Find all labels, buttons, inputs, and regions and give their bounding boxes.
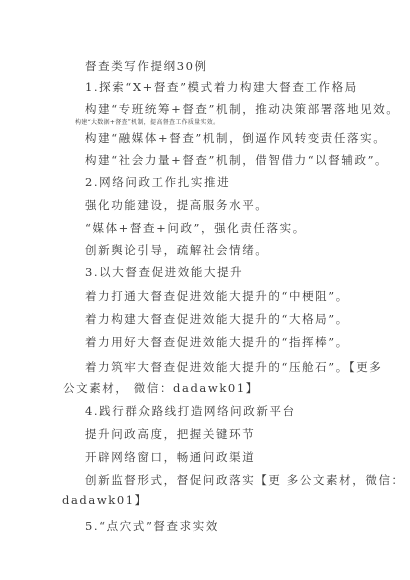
text-line: 1.探索“X+督查”模式着力构建大督查工作格局 [85, 80, 358, 94]
text-line: 提升问政高度，把握关键环节 [85, 427, 255, 441]
text-line: 督查类写作提纲30例 [85, 59, 208, 73]
text-line: 3.以大督查促进效能大提升 [85, 265, 243, 279]
text-line: 2.网络问政工作扎实推进 [85, 175, 230, 189]
text-line: “媒体+督查+问政”，强化责任落实。 [85, 221, 306, 235]
text-line: 构建“融媒体+督查”机制，倒逼作风转变责任落实。 [85, 131, 386, 145]
text-line: 着力筑牢大督查促进效能大提升的“压舱石”。【更多 [85, 360, 382, 374]
text-line: 公文素材， 微信：dadawk01】 [63, 381, 259, 395]
text-line: 着力用好大督查促进效能大提升的“指挥棒”。 [85, 335, 349, 349]
text-line: 5.“点穴式”督查求实效 [85, 519, 219, 533]
text-line: 4.践行群众路线打造网络问政新平台 [85, 404, 296, 418]
text-line: 着力打通大督查促进效能大提升的“中梗阻”。 [85, 289, 349, 303]
text-line: 构建“专班统筹+督查”机制，推动决策部署落地见效。 [85, 102, 399, 116]
text-line: dadawk01】 [62, 493, 148, 507]
text-line: 着力构建大督查促进效能大提升的“大格局”。 [85, 312, 349, 326]
text-line: 构建“社会力量+督查”机制，借智借力“以督辅政”。 [85, 153, 388, 167]
text-line: 强化功能建设，提高服务水平。 [85, 198, 268, 212]
text-line: 构建“大数据+督查”机制，提高督查工作质量实效。 [75, 119, 219, 127]
text-line: 创新舆论引导，疏解社会情绪。 [85, 243, 268, 257]
text-line: 开辟网络窗口，畅通问政渠道 [85, 450, 255, 464]
text-line: 创新监督形式，督促问政落实【更 多公文素材，微信： [85, 473, 405, 487]
